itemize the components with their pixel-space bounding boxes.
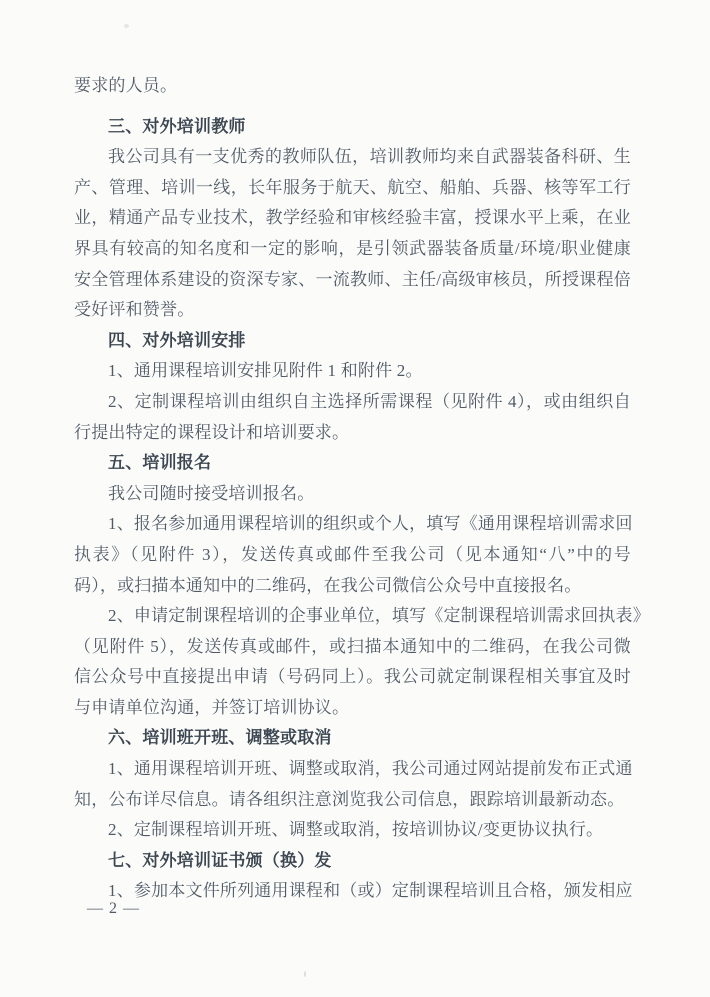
section-heading: 五、培训报名	[74, 448, 631, 479]
section-heading: 七、对外培训证书颁（换）发	[74, 846, 631, 877]
paragraph: 1、通用课程培训开班、调整或取消，我公司通过网站提前发布正式通知，公布详尽信息。…	[74, 754, 631, 815]
text-line: 安全管理体系建设的资深专家、一流教师、主任/高级审核员，所授课程倍	[74, 265, 631, 296]
text-line: 码），或扫描本通知中的二维码，在我公司微信公众号中直接报名。	[74, 571, 631, 602]
text-line: 2、定制课程培训由组织自主选择所需课程（见附件 4），或由组织自	[74, 387, 631, 418]
section-heading: 三、对外培训教师	[74, 112, 631, 143]
scan-artifact-speck	[304, 971, 306, 977]
paragraph: 我公司随时接受培训报名。	[74, 479, 631, 510]
paragraph: 要求的人员。	[74, 71, 631, 102]
document-page: 要求的人员。三、对外培训教师我公司具有一支优秀的教师队伍，培训教师均来自武器装备…	[0, 0, 710, 997]
text-line: 我公司具有一支优秀的教师队伍，培训教师均来自武器装备科研、生	[74, 142, 631, 173]
heading-text: 三、对外培训教师	[74, 112, 631, 143]
text-line: 界具有较高的知名度和一定的影响，是引领武器装备质量/环境/职业健康	[74, 234, 631, 265]
text-line: 产、管理、培训一线，长年服务于航天、航空、船舶、兵器、核等军工行	[74, 173, 631, 204]
heading-text: 六、培训班开班、调整或取消	[74, 723, 631, 754]
text-line: 受好评和赞誉。	[74, 295, 631, 326]
text-line: 2、定制课程培训开班、调整或取消，按培训协议/变更协议执行。	[74, 815, 631, 846]
section-heading: 四、对外培训安排	[74, 326, 631, 357]
text-line: 要求的人员。	[74, 71, 631, 102]
section-heading: 六、培训班开班、调整或取消	[74, 723, 631, 754]
text-line: 与申请单位沟通，并签订培训协议。	[74, 693, 631, 724]
paragraph: 1、报名参加通用课程培训的组织或个人，填写《通用课程培训需求回执表》（见附件 3…	[74, 509, 631, 601]
paragraph: 2、定制课程培训开班、调整或取消，按培训协议/变更协议执行。	[74, 815, 631, 846]
page-number: — 2 —	[87, 899, 140, 919]
heading-text: 七、对外培训证书颁（换）发	[74, 846, 631, 877]
text-line: 行提出特定的课程设计和培训要求。	[74, 418, 631, 449]
heading-text: 四、对外培训安排	[74, 326, 631, 357]
text-line: 1、通用课程培训开班、调整或取消，我公司通过网站提前发布正式通	[74, 754, 631, 785]
heading-text: 五、培训报名	[74, 448, 631, 479]
text-line: 业，精通产品专业技术，教学经验和审核经验丰富，授课水平上乘，在业	[74, 203, 631, 234]
text-line: 1、通用课程培训安排见附件 1 和附件 2。	[74, 356, 631, 387]
document-body: 要求的人员。三、对外培训教师我公司具有一支优秀的教师队伍，培训教师均来自武器装备…	[74, 71, 631, 907]
paragraph: 我公司具有一支优秀的教师队伍，培训教师均来自武器装备科研、生产、管理、培训一线，…	[74, 142, 631, 326]
paragraph: 1、通用课程培训安排见附件 1 和附件 2。	[74, 356, 631, 387]
text-line: 信公众号中直接提出申请（号码同上）。我公司就定制课程相关事宜及时	[74, 662, 631, 693]
paragraph: 1、参加本文件所列通用课程和（或）定制课程培训且合格，颁发相应	[74, 876, 631, 907]
text-line: （见附件 5），发送传真或邮件，或扫描本通知中的二维码，在我公司微	[74, 632, 631, 663]
paragraph: 2、定制课程培训由组织自主选择所需课程（见附件 4），或由组织自行提出特定的课程…	[74, 387, 631, 448]
text-line: 我公司随时接受培训报名。	[74, 479, 631, 510]
text-line: 1、报名参加通用课程培训的组织或个人，填写《通用课程培训需求回	[74, 509, 631, 540]
text-line: 2、申请定制课程培训的企事业单位，填写《定制课程培训需求回执表》	[74, 601, 631, 632]
scan-artifact-speck	[124, 24, 129, 28]
paragraph: 2、申请定制课程培训的企事业单位，填写《定制课程培训需求回执表》（见附件 5），…	[74, 601, 631, 723]
text-line: 1、参加本文件所列通用课程和（或）定制课程培训且合格，颁发相应	[74, 876, 631, 907]
text-line: 执表》（见附件 3），发送传真或邮件至我公司（见本通知“八”中的号	[74, 540, 631, 571]
text-line: 知，公布详尽信息。请各组织注意浏览我公司信息，跟踪培训最新动态。	[74, 785, 631, 816]
